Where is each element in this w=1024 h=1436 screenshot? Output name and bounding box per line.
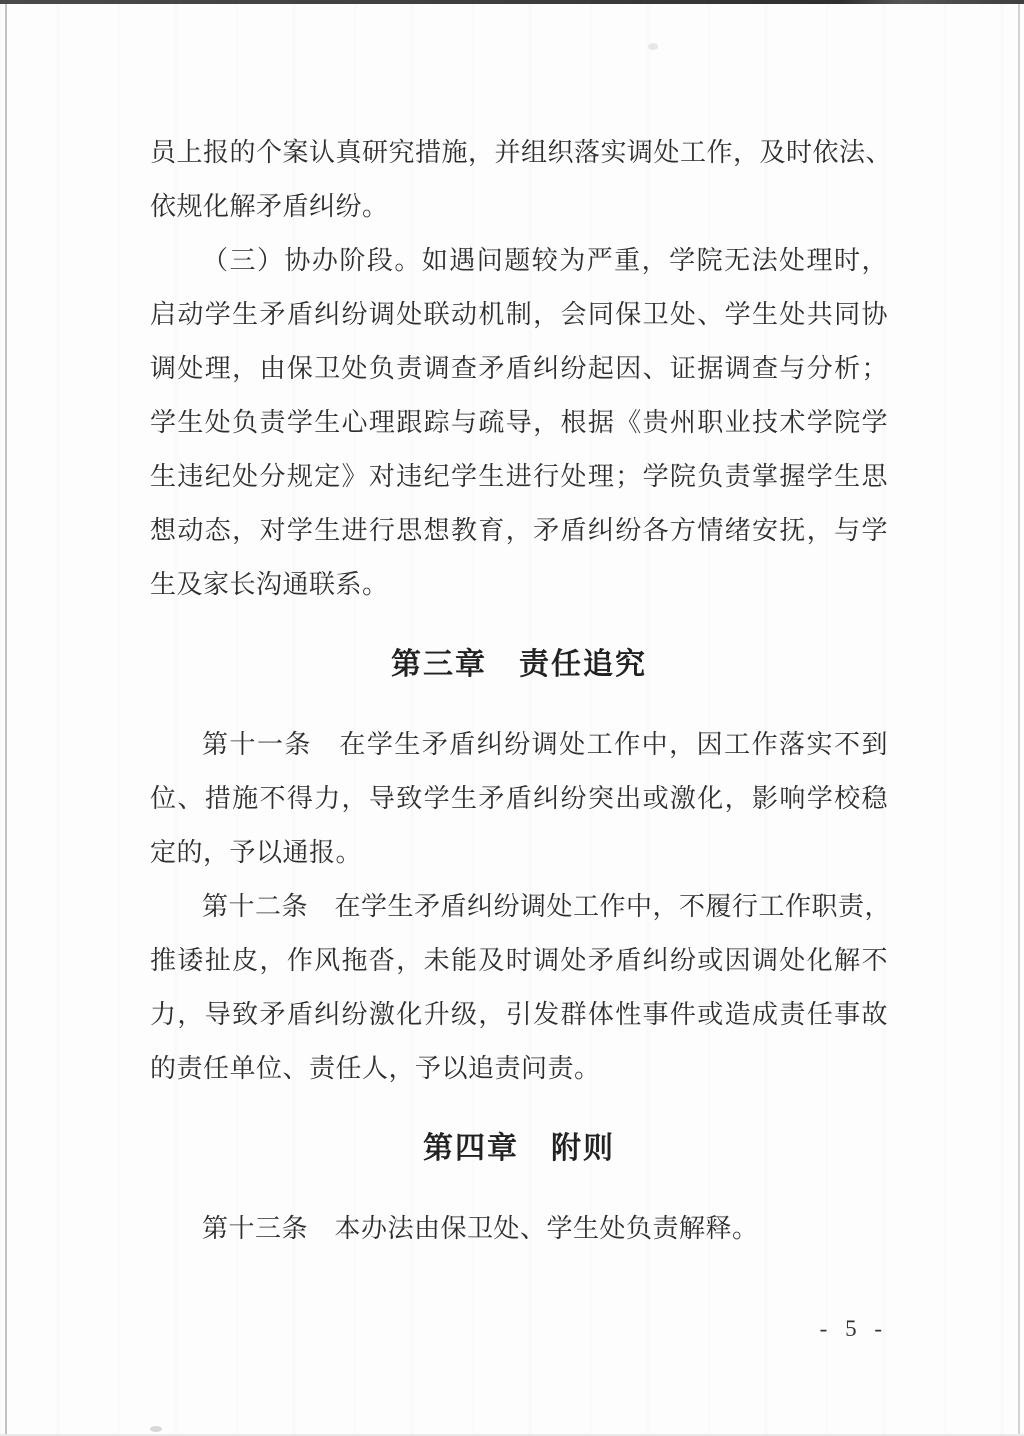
body-line: 推诿扯皮，作风拖沓，未能及时调处矛盾纠纷或因调处化解不 [150,934,888,988]
scan-left-edge-artifact [5,4,7,1436]
article-12-line: 第十二条 在学生矛盾纠纷调处工作中，不履行工作职责， [150,880,888,934]
article-13-line: 第十三条 本办法由保卫处、学生处负责解释。 [150,1202,888,1256]
body-line: 依规化解矛盾纠纷。 [150,180,888,234]
article-11-line: 第十一条 在学生矛盾纠纷调处工作中，因工作落实不到 [150,718,888,772]
body-line: 定的，予以通报。 [150,826,888,880]
body-line: 生违纪处分规定》对违纪学生进行处理；学院负责掌握学生思 [150,450,888,504]
scanned-document-page: 员上报的个案认真研究措施，并组织落实调处工作，及时依法、 依规化解矛盾纠纷。 （… [0,0,1024,1436]
body-line: 想动态，对学生进行思想教育，矛盾纠纷各方情绪安抚，与学 [150,504,888,558]
body-line: 员上报的个案认真研究措施，并组织落实调处工作，及时依法、 [150,126,888,180]
body-line: 位、措施不得力，导致学生矛盾纠纷突出或激化，影响学校稳 [150,772,888,826]
chapter-heading-4: 第四章 附则 [150,1122,888,1176]
body-line: 生及家长沟通联系。 [150,558,888,612]
body-line: 学生处负责学生心理跟踪与疏导，根据《贵州职业技术学院学 [150,396,888,450]
scan-speck [150,1426,162,1432]
chapter-heading-3: 第三章 责任追究 [150,638,888,692]
body-line: 的责任单位、责任人，予以追责问责。 [150,1042,888,1096]
body-line: 调处理，由保卫处负责调查矛盾纠纷起因、证据调查与分析； [150,342,888,396]
page-number: - 5 - [820,1316,888,1342]
body-line: 力，导致矛盾纠纷激化升级，引发群体性事件或造成责任事故 [150,988,888,1042]
body-line: 启动学生矛盾纠纷调处联动机制，会同保卫处、学生处共同协 [150,288,888,342]
document-text-column: 员上报的个案认真研究措施，并组织落实调处工作，及时依法、 依规化解矛盾纠纷。 （… [150,0,888,1256]
body-line-paragraph-start: （三）协办阶段。如遇问题较为严重，学院无法处理时， [150,234,888,288]
scan-right-edge-artifact [1018,4,1020,1436]
